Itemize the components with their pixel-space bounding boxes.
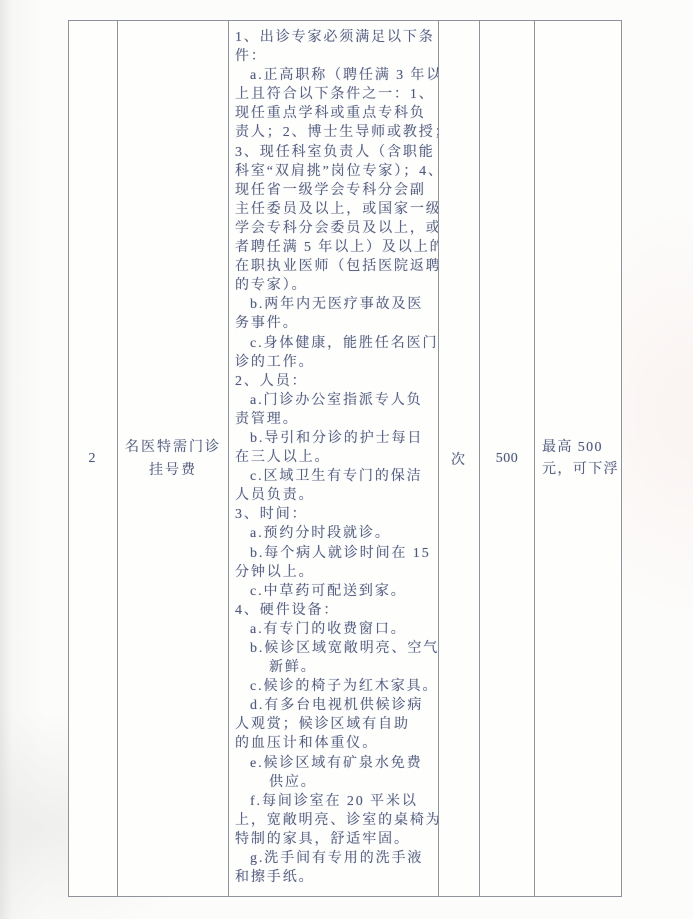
description-line: 科室“双肩挑”岗位专家）；4、	[235, 162, 435, 181]
cell-description: 1、出诊专家必须满足以下条件：a.正高职称（聘任满 3 年以上且符合以下条件之一…	[229, 21, 439, 896]
cell-item-name: 名医特需门诊挂号费	[118, 21, 229, 896]
scanned-document-page: 2 名医特需门诊挂号费 1、出诊专家必须满足以下条件：a.正高职称（聘任满 3 …	[0, 0, 693, 919]
description-line: 2、人员：	[235, 372, 435, 391]
note-line: 元，可下浮	[542, 459, 619, 481]
description-line: c.候诊的椅子为红木家具。	[235, 677, 435, 696]
description-line: 件：	[235, 47, 435, 66]
description-line: 现任重点学科或重点专科负	[235, 104, 435, 123]
description-line: b.候诊区域宽敞明亮、空气	[235, 639, 435, 658]
description-line: f.每间诊室在 20 平米以	[235, 792, 435, 811]
description-line: b.两年内无医疗事故及医	[235, 295, 435, 314]
description-line: 上，宽敞明亮、诊室的桌椅为	[235, 811, 435, 830]
description-line: 人员负责。	[235, 486, 435, 505]
description-line: 4、硬件设备：	[235, 601, 435, 620]
description-line: 的专家）。	[235, 276, 435, 295]
description-line: 在职执业医师（包括医院返聘	[235, 257, 435, 276]
description-line: c.区域卫生有专门的保洁	[235, 467, 435, 486]
description-line: 供应。	[235, 773, 435, 792]
item-name-line: 名医特需门诊	[125, 436, 221, 459]
description-line: 特制的家具，舒适牢固。	[235, 830, 435, 849]
description-line: 者聘任满 5 年以上）及以上的	[235, 238, 435, 257]
note-line: 最高 500	[542, 437, 603, 459]
description-line: 新鲜。	[235, 658, 435, 677]
description-line: 分钟以上。	[235, 563, 435, 582]
cell-sequence-number: 2	[69, 21, 118, 896]
description-line: 3、现任科室负责人（含职能	[235, 143, 435, 162]
description-line: 现任省一级学会专科分会副	[235, 181, 435, 200]
item-name-line: 挂号费	[149, 459, 197, 482]
description-line: 人观赏；候诊区域有自助	[235, 715, 435, 734]
price-value: 500	[496, 451, 519, 467]
description-line: c.中草药可配送到家。	[235, 582, 435, 601]
description-line: 的血压计和体重仪。	[235, 734, 435, 753]
description-line: a.正高职称（聘任满 3 年以	[235, 66, 435, 85]
cell-unit: 次	[439, 21, 480, 896]
description-line: 上且符合以下条件之一：1、	[235, 85, 435, 104]
description-line: 责管理。	[235, 410, 435, 429]
cell-note: 最高 500元，可下浮	[535, 21, 621, 896]
description-line: 主任委员及以上，或国家一级	[235, 200, 435, 219]
description-line: 3、时间：	[235, 505, 435, 524]
cell-price: 500	[480, 21, 535, 896]
fee-table: 2 名医特需门诊挂号费 1、出诊专家必须满足以下条件：a.正高职称（聘任满 3 …	[68, 20, 622, 897]
description-line: 在三人以上。	[235, 448, 435, 467]
unit-value: 次	[451, 449, 467, 469]
description-line: e.候诊区域有矿泉水免费	[235, 754, 435, 773]
description-line: a.预约分时段就诊。	[235, 524, 435, 543]
description-line: c.身体健康，能胜任名医门	[235, 334, 435, 353]
description-line: a.门诊办公室指派专人负	[235, 391, 435, 410]
description-line: 和擦手纸。	[235, 868, 435, 887]
description-line: g.洗手间有专用的洗手液	[235, 849, 435, 868]
description-line: 学会专科分会委员及以上，或	[235, 219, 435, 238]
description-line: b.导引和分诊的护士每日	[235, 429, 435, 448]
description-line: d.有多台电视机供候诊病	[235, 696, 435, 715]
description-line: 诊的工作。	[235, 353, 435, 372]
description-line: 责人；2、博士生导师或教授；	[235, 123, 435, 142]
description-line: 1、出诊专家必须满足以下条	[235, 28, 435, 47]
description-line: b.每个病人就诊时间在 15	[235, 544, 435, 563]
sequence-number: 2	[89, 451, 98, 467]
description-line: 务事件。	[235, 314, 435, 333]
description-line: a.有专门的收费窗口。	[235, 620, 435, 639]
